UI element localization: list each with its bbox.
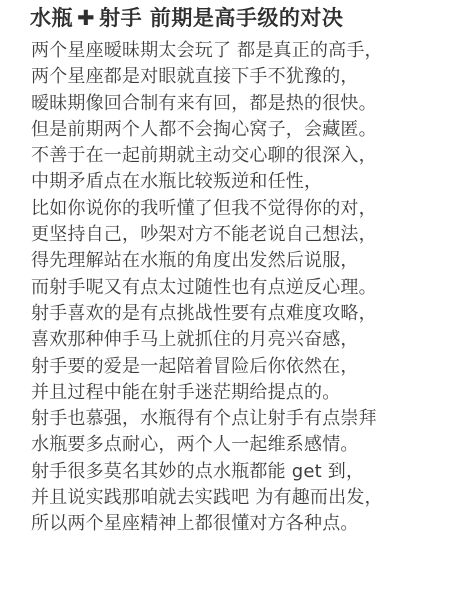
body-line: 两个星座暧昧期太会玩了 都是真正的高手，	[31, 38, 383, 64]
title-subtitle: 前期是高手级的对决	[150, 6, 344, 30]
article-page: 水瓶✚射手 前期是高手级的对决 两个星座暧昧期太会玩了 都是真正的高手， 两个星…	[0, 0, 453, 600]
body-line: 并且说实践那咱就去实践吧 为有趣而出发，	[31, 485, 383, 511]
title-sign-aquarius: 水瓶	[30, 6, 73, 30]
body-line: 所以两个星座精神上都很懂对方各种点。	[31, 511, 383, 537]
title-sign-sagittarius: 射手	[99, 6, 142, 30]
body-line: 中期矛盾点在水瓶比较叛逆和任性，	[31, 169, 383, 195]
body-line: 射手要的爱是一起陪着冒险后你依然在，	[31, 354, 383, 380]
body-line: 两个星座都是对眼就直接下手不犹豫的，	[31, 64, 383, 90]
body-line: 而射手呢又有点太过随性也有点逆反心理。	[31, 275, 383, 301]
body-line: 水瓶要多点耐心，两个人一起维系感情。	[31, 432, 383, 458]
plus-icon: ✚	[77, 6, 95, 30]
body-line: 得先理解站在水瓶的角度出发然后说服，	[31, 248, 383, 274]
body-line: 更坚持自己，吵架对方不能老说自己想法，	[31, 222, 383, 248]
body-line: 但是前期两个人都不会掏心窝子，会藏匿。	[31, 117, 383, 143]
body-line: 不善于在一起前期就主动交心聊的很深入，	[31, 143, 383, 169]
article-title: 水瓶✚射手 前期是高手级的对决	[30, 3, 343, 33]
body-line: 射手很多莫名其妙的点水瓶都能 get 到，	[31, 459, 383, 485]
body-line: 比如你说你的我听懂了但我不觉得你的对，	[31, 196, 383, 222]
body-line: 暧昧期像回合制有来有回，都是热的很快。	[31, 91, 383, 117]
article-body: 两个星座暧昧期太会玩了 都是真正的高手， 两个星座都是对眼就直接下手不犹豫的， …	[31, 38, 383, 538]
body-line: 射手也慕强，水瓶得有个点让射手有点崇拜	[31, 406, 383, 432]
body-line: 射手喜欢的是有点挑战性要有点难度攻略，	[31, 301, 383, 327]
body-line: 喜欢那种伸手马上就抓住的月亮兴奋感，	[31, 327, 383, 353]
body-line: 并且过程中能在射手迷茫期给提点的。	[31, 380, 383, 406]
